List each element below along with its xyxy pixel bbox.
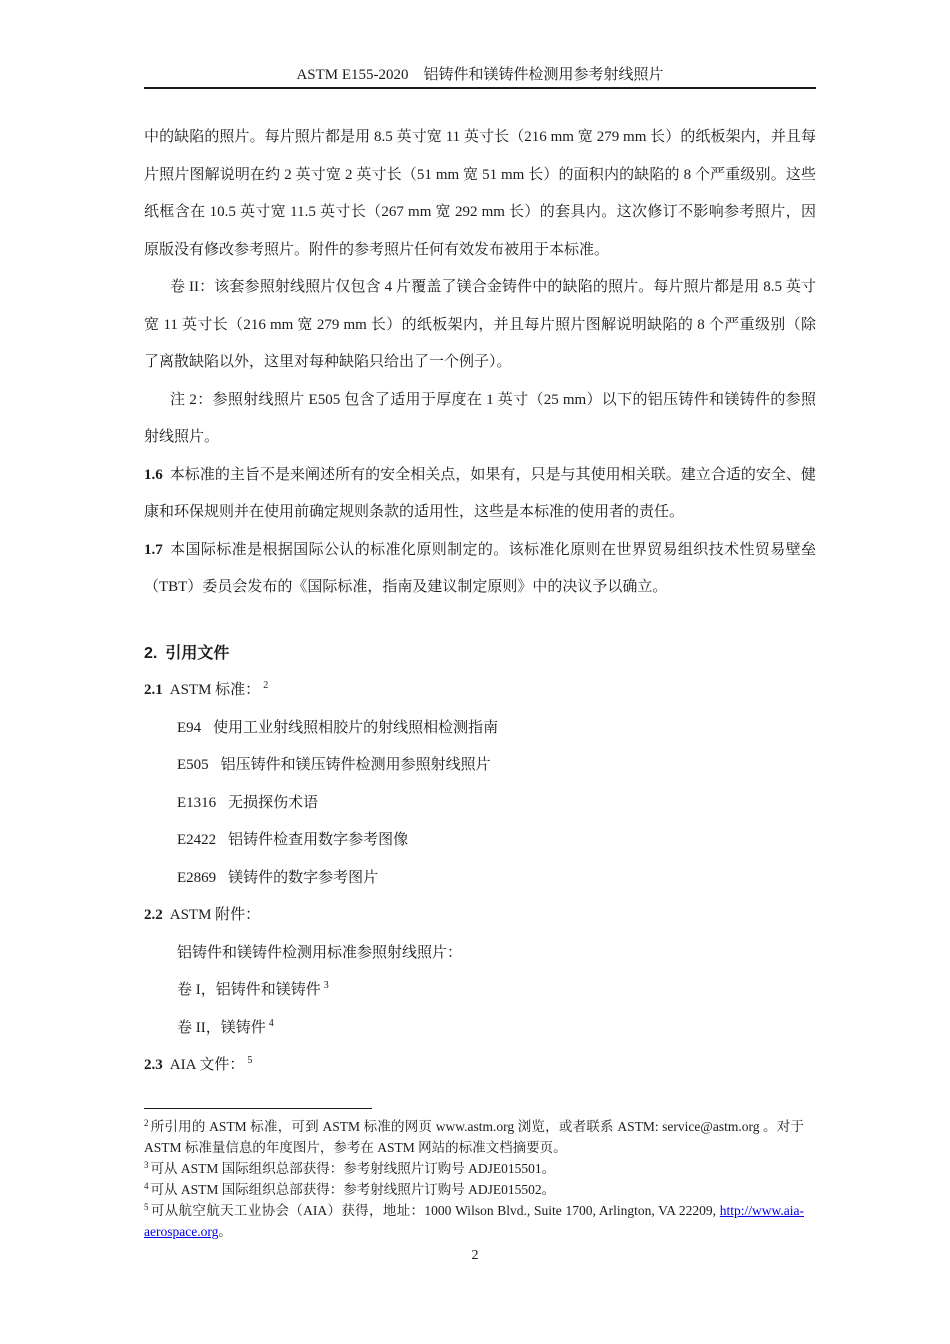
text-run: 所引用的 ASTM 标准，可到 ASTM 标准的网页 www.astm.org … (144, 1119, 804, 1155)
standard-code: E94 (177, 720, 201, 736)
ref-e94: E94使用工业射线照相胶片的射线照相检测指南 (144, 710, 816, 748)
document-body: 中的缺陷的照片。每片照片都是用 8.5 英寸宽 11 英寸长（216 mm 宽 … (144, 119, 816, 1085)
document-page: ASTM E155-2020 铝铸件和镁铸件检测用参考射线照片 中的缺陷的照片。… (0, 0, 950, 1344)
text-run: AIA 文件： (170, 1057, 245, 1073)
footnote-separator (144, 1108, 372, 1109)
text-run: 卷 II：该套参照射线照片仅包含 4 片覆盖了镁合金铸件中的缺陷的照片。每片照片… (144, 279, 816, 370)
text-run: 本国际标准是根据国际公认的标准化原则制定的。该标准化原则在世界贸易组织技术性贸易… (144, 542, 816, 596)
footnote-ref: 2 (263, 680, 268, 691)
section-number: 1.7 (144, 542, 163, 558)
standard-code: E1316 (177, 795, 216, 811)
footnote-ref: 3 (324, 980, 329, 991)
section-number: 2.2 (144, 907, 163, 923)
footnote-ref: 4 (144, 1181, 149, 1191)
volume-2-paragraph: 卷 II：该套参照射线照片仅包含 4 片覆盖了镁合金铸件中的缺陷的照片。每片照片… (144, 269, 816, 382)
header-rule (144, 87, 816, 89)
note-2: 注 2：参照射线照片 E505 包含了适用于厚度在 1 英寸（25 mm）以下的… (144, 382, 816, 457)
clause-1-7: 1.7本国际标准是根据国际公认的标准化原则制定的。该标准化原则在世界贸易组织技术… (144, 532, 816, 607)
text-run: 注 2：参照射线照片 E505 包含了适用于厚度在 1 英寸（25 mm）以下的… (144, 392, 816, 446)
clause-2-3: 2.3AIA 文件：5 (144, 1047, 816, 1085)
footnote-ref: 5 (144, 1202, 149, 1212)
ref-e505: E505铝压铸件和镁压铸件检测用参照射线照片 (144, 747, 816, 785)
footnote-ref: 2 (144, 1118, 149, 1128)
adjunct-intro: 铝铸件和镁铸件检测用标准参照射线照片： (144, 935, 816, 973)
text-run: 可从 ASTM 国际组织总部获得：参考射线照片订购号 ADJE015501。 (151, 1161, 556, 1176)
footnote-2: 2所引用的 ASTM 标准，可到 ASTM 标准的网页 www.astm.org… (144, 1116, 804, 1158)
adjunct-vol-1: 卷 I，铝铸件和镁铸件3 (144, 972, 816, 1010)
ref-e1316: E1316无损探伤术语 (144, 785, 816, 823)
footnotes: 2所引用的 ASTM 标准，可到 ASTM 标准的网页 www.astm.org… (144, 1116, 804, 1242)
clause-1-6: 1.6本标准的主旨不是来阐述所有的安全相关点，如果有，只是与其使用相关联。建立合… (144, 457, 816, 532)
text-run: 镁铸件的数字参考图片 (228, 870, 378, 886)
footnote-ref: 4 (269, 1018, 274, 1029)
clause-2-2: 2.2ASTM 附件： (144, 897, 816, 935)
text-run: 无损探伤术语 (228, 795, 318, 811)
text-run: 铝压铸件和镁压铸件检测用参照射线照片 (221, 757, 491, 773)
text-run: 铝铸件和镁铸件检测用标准参照射线照片： (177, 945, 462, 961)
text-run: 铝铸件检查用数字参考图像 (228, 832, 408, 848)
footnote-4: 4可从 ASTM 国际组织总部获得：参考射线照片订购号 ADJE015502。 (144, 1179, 804, 1200)
ref-e2869: E2869镁铸件的数字参考图片 (144, 860, 816, 898)
text-run: 可从 ASTM 国际组织总部获得：参考射线照片订购号 ADJE015502。 (151, 1182, 556, 1197)
text-run: 可从航空航天工业协会（AIA）获得，地址：1000 Wilson Blvd., … (151, 1203, 720, 1218)
standard-code: E505 (177, 757, 209, 773)
section-2-heading: 2. 引用文件 (144, 635, 816, 673)
footnote-ref: 5 (247, 1055, 252, 1066)
text-run: ASTM 标准： (170, 682, 260, 698)
continuation-paragraph: 中的缺陷的照片。每片照片都是用 8.5 英寸宽 11 英寸长（216 mm 宽 … (144, 119, 816, 269)
text-run: 中的缺陷的照片。每片照片都是用 8.5 英寸宽 11 英寸长（216 mm 宽 … (144, 129, 816, 258)
standard-code: E2422 (177, 832, 216, 848)
section-number: 2.3 (144, 1057, 163, 1073)
text-run: 卷 II，镁铸件 (177, 1020, 266, 1036)
text-run: 使用工业射线照相胶片的射线照相检测指南 (213, 720, 498, 736)
adjunct-vol-2: 卷 II，镁铸件4 (144, 1010, 816, 1048)
text-run: 。 (218, 1224, 232, 1239)
footnote-3: 3可从 ASTM 国际组织总部获得：参考射线照片订购号 ADJE015501。 (144, 1158, 804, 1179)
footnote-ref: 3 (144, 1160, 149, 1170)
clause-2-1: 2.1ASTM 标准：2 (144, 672, 816, 710)
standard-code: E2869 (177, 870, 216, 886)
section-number: 2. 引用文件 (144, 645, 229, 662)
text-run: ASTM 附件： (170, 907, 260, 923)
section-number: 2.1 (144, 682, 163, 698)
ref-e2422: E2422铝铸件检查用数字参考图像 (144, 822, 816, 860)
text-run: 卷 I，铝铸件和镁铸件 (177, 982, 321, 998)
footnote-5: 5可从航空航天工业协会（AIA）获得，地址：1000 Wilson Blvd.,… (144, 1200, 804, 1242)
text-run: 本标准的主旨不是来阐述所有的安全相关点，如果有，只是与其使用相关联。建立合适的安… (144, 467, 816, 521)
running-header-title: ASTM E155-2020 铝铸件和镁铸件检测用参考射线照片 (144, 64, 816, 86)
section-number: 1.6 (144, 467, 163, 483)
page-number: 2 (0, 1246, 950, 1266)
